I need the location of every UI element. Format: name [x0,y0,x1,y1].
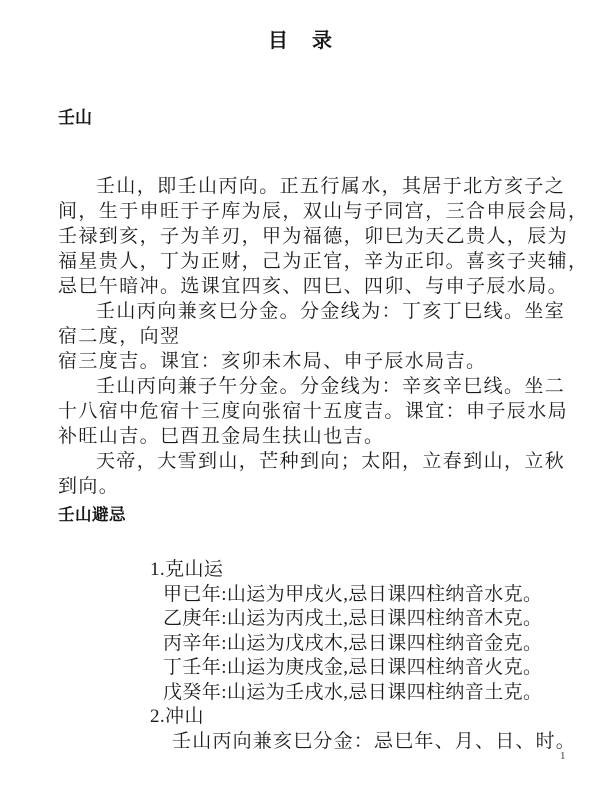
avoidance-line: 1.克山运 [150,558,570,583]
main-text-block: 壬山，即壬山丙向。正五行属水，其居于北方亥子之 间，生于申旺于子库为辰，双山与子… [58,174,554,499]
body-line: 壬山丙向兼亥巳分金。分金线为：丁亥丁巳线。坐室 [58,299,554,324]
avoidance-line: 2.冲山 [150,705,570,730]
avoidance-list: 1.克山运 甲已年:山运为甲戌火,忌日课四柱纳音水克。 乙庚年:山运为丙戌土,忌… [150,558,570,754]
body-line: 天帝，大雪到山，芒种到向；太阳，立春到山，立秋 [58,449,554,474]
avoidance-heading: 壬山避忌 [58,501,126,525]
body-line: 壬禄到亥，子为羊刃，甲为福德，卯巳为天乙贵人，辰为 [58,224,554,249]
avoidance-line: 甲已年:山运为甲戌火,忌日课四柱纳音水克。 [150,583,570,608]
body-line: 忌巳午暗冲。选课宜四亥、四巳、四卯、与申子辰水局。 [58,274,554,299]
body-line: 补旺山吉。巳酉丑金局生扶山也吉。 [58,424,554,449]
scanned-book-page: 目 录 壬山 壬山，即壬山丙向。正五行属水，其居于北方亥子之 间，生于申旺于子库… [0,0,602,797]
body-line: 间，生于申旺于子库为辰，双山与子同宫，三合申辰会局， [58,199,554,224]
body-line: 壬山，即壬山丙向。正五行属水，其居于北方亥子之 [58,174,554,199]
page-number-mark: 1 [560,750,566,762]
body-line: 宿二度，向翌 [58,324,554,349]
avoidance-line: 丁壬年:山运为庚戌金,忌日课四柱纳音火克。 [150,656,570,681]
body-line: 宿三度吉。课宜：亥卯未木局、申子辰水局吉。 [58,349,554,374]
body-line: 到向。 [58,474,554,499]
avoidance-line: 壬山丙向兼亥巳分金：忌巳年、月、日、时。 [150,730,570,755]
section-heading: 壬山 [58,103,92,128]
body-line: 福星贵人，丁为正财，己为正官，辛为正印。喜亥子夹辅， [58,249,554,274]
page-title: 目 录 [0,24,602,53]
avoidance-line: 戊癸年:山运为壬戌水,忌日课四柱纳音土克。 [150,681,570,706]
avoidance-line: 乙庚年:山运为丙戌土,忌日课四柱纳音木克。 [150,607,570,632]
avoidance-line: 丙辛年:山运为戊戌木,忌日课四柱纳音金克。 [150,632,570,657]
body-line: 壬山丙向兼子午分金。分金线为：辛亥辛巳线。坐二 [58,374,554,399]
body-line: 十八宿中危宿十三度向张宿十五度吉。课宜：申子辰水局 [58,399,554,424]
